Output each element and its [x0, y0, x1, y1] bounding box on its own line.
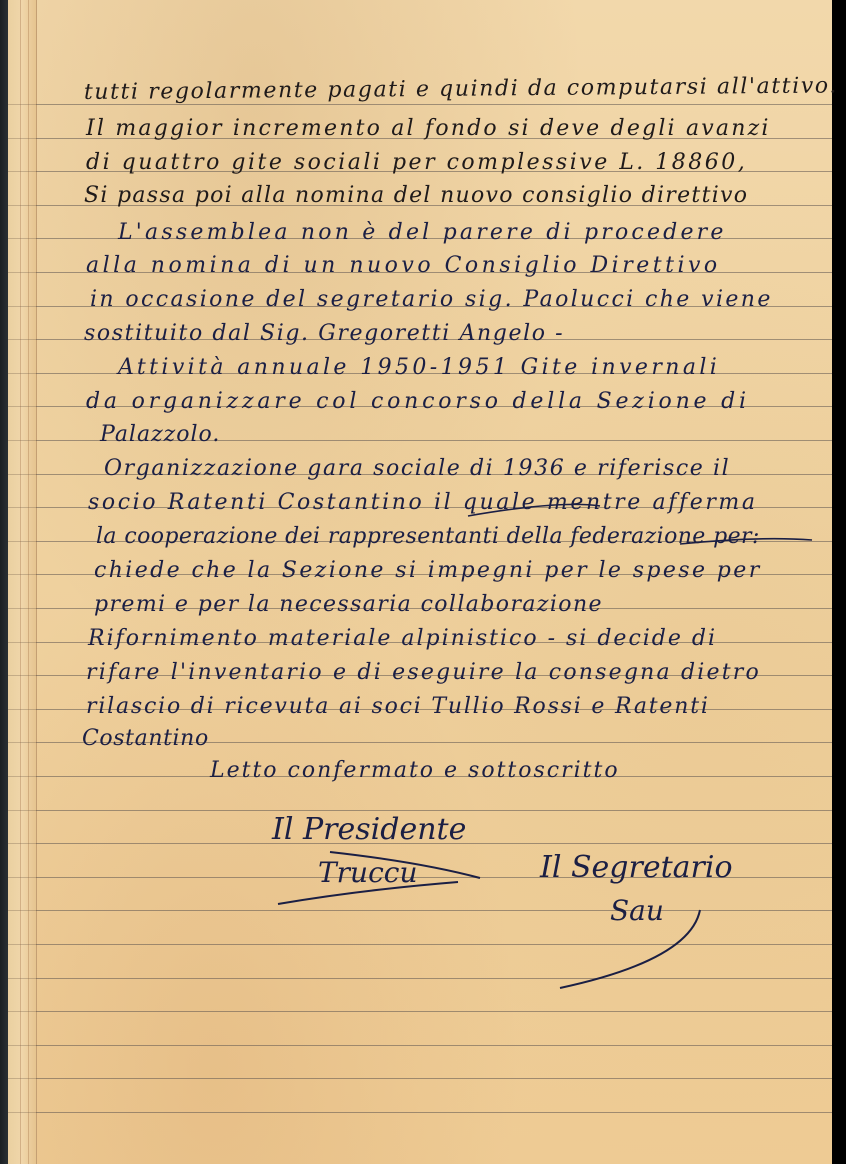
signature-flourishes	[0, 0, 846, 1164]
